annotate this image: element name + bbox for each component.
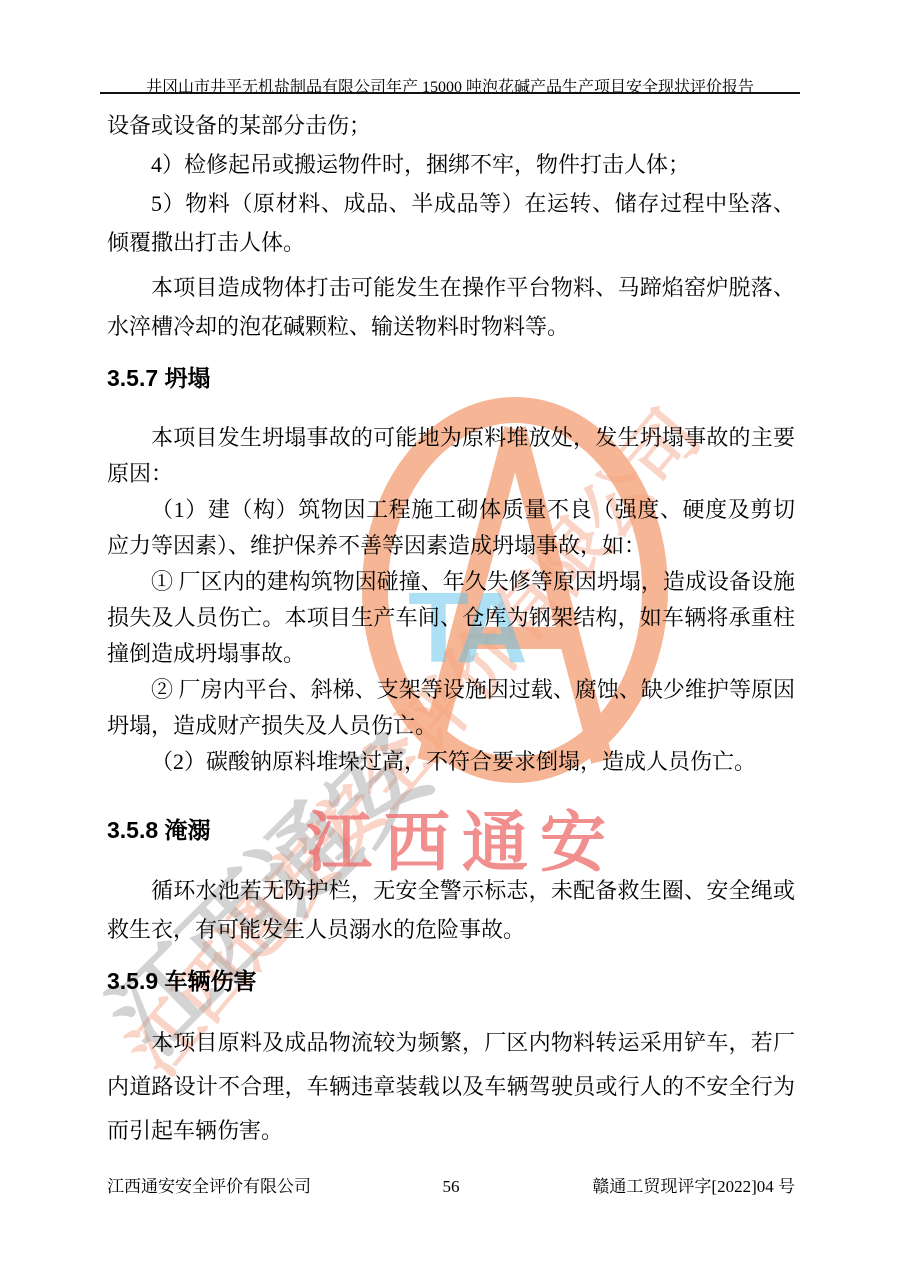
section-heading-3-5-7: 3.5.7 坍塌 xyxy=(107,366,795,390)
document-page: 江西通安安全评价有限公司 江西通安 TA 江西通安 井冈山市井平无机盐制品有限公… xyxy=(0,0,900,1272)
paragraph: 循环水池若无防护栏，无安全警示标志，未配备救生圈、安全绳或救生衣，有可能发生人员… xyxy=(107,871,795,949)
paragraph: ② 厂房内平台、斜梯、支架等设施因过载、腐蚀、缺少维护等原因坍塌，造成财产损失及… xyxy=(107,672,795,744)
paragraph: 本项目造成物体打击可能发生在操作平台物料、马蹄焰窑炉脱落、水淬槽冷却的泡花碱颗粒… xyxy=(107,268,795,346)
paragraph: ① 厂区内的建构筑物因碰撞、年久失修等原因坍塌，造成设备设施损失及人员伤亡。本项… xyxy=(107,564,795,672)
paragraph: 4）检修起吊或搬运物件时，捆绑不牢，物件打击人体； xyxy=(107,145,795,184)
page-footer: 江西通安安全评价有限公司 56 赣通工贸现评字[2022]04 号 xyxy=(107,1172,795,1197)
paragraph: （2）碳酸钠原料堆垛过高，不符合要求倒塌，造成人员伤亡。 xyxy=(107,744,795,780)
page-number: 56 xyxy=(443,1177,460,1197)
paragraph: 5）物料（原材料、成品、半成品等）在运转、储存过程中坠落、倾覆撒出打击人体。 xyxy=(107,184,795,262)
paragraph: 设备或设备的某部分击伤； xyxy=(107,106,795,145)
document-body: 设备或设备的某部分击伤； 4）检修起吊或搬运物件时，捆绑不牢，物件打击人体； 5… xyxy=(107,106,795,1153)
paragraph: 本项目发生坍塌事故的可能地为原料堆放处，发生坍塌事故的主要原因： xyxy=(107,420,795,492)
section-heading-3-5-9: 3.5.9 车辆伤害 xyxy=(107,969,795,993)
paragraph: 本项目原料及成品物流较为频繁，厂区内物料转运采用铲车，若厂内道路设计不合理，车辆… xyxy=(107,1021,795,1153)
section-heading-3-5-8: 3.5.8 淹溺 xyxy=(107,818,795,842)
paragraph: （1）建（构）筑物因工程施工砌体质量不良（强度、硬度及剪切应力等因素）、维护保养… xyxy=(107,492,795,564)
footer-document-code: 赣通工贸现评字[2022]04 号 xyxy=(460,1172,796,1197)
footer-company-name: 江西通安安全评价有限公司 xyxy=(107,1172,443,1197)
header-divider xyxy=(100,92,800,94)
